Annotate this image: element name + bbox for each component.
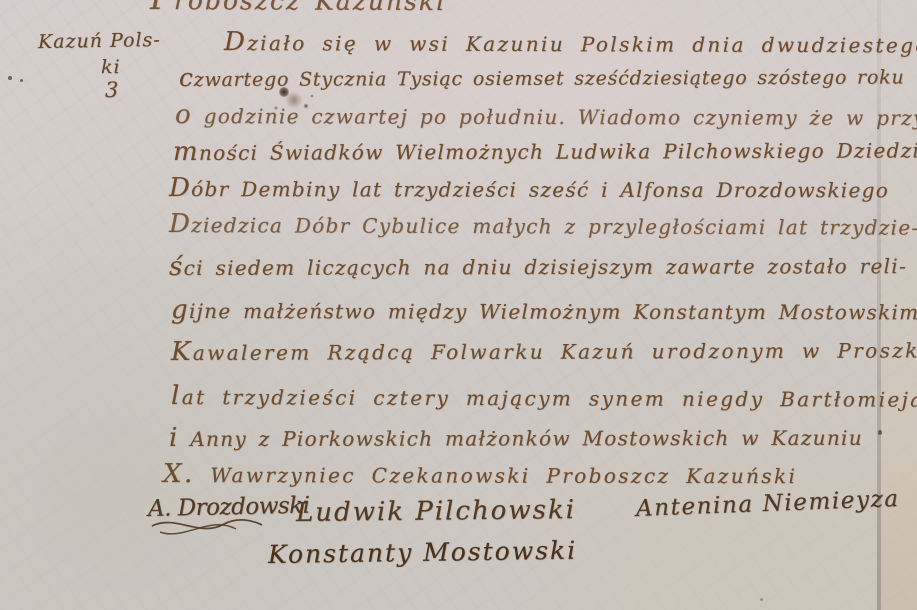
- previous-entry-fragment: Proboszcz Kazuński: [150, 0, 446, 17]
- handwritten-line-6: Dziedzica Dóbr Cybulice małych z przyleg…: [169, 209, 917, 243]
- ink-speck: [878, 430, 882, 435]
- handwritten-line-11: i Anny z Piorkowskich małżonków Mostowsk…: [169, 422, 863, 454]
- handwritten-line-12: X. Wawrzyniec Czekanowski Proboszcz Kazu…: [163, 459, 797, 491]
- signature-niemieyza: Antenina Niemieyza: [636, 486, 901, 522]
- margin-note-place-line2: ki: [101, 56, 121, 78]
- handwritten-line-8: gijne małżeństwo między Wielmożnym Konst…: [171, 295, 917, 327]
- handwritten-line-7: ści siedem liczących na dniu dzisiejszym…: [169, 250, 907, 283]
- signature-pilchowski: Ludwik Pilchowski: [296, 495, 576, 528]
- margin-note-place-line1: Kazuń Pols-: [38, 29, 161, 53]
- register-page-photo: Proboszcz Kazuński Kazuń Pols- ki 3 Dzia…: [0, 0, 917, 610]
- handwritten-line-10: lat trzydzieści cztery mającym synem nie…: [171, 381, 917, 415]
- ink-blot: [268, 82, 318, 118]
- book-binding-edge: [0, 0, 62, 610]
- margin-note-entry-number: 3: [105, 78, 119, 102]
- handwritten-line-1: Działo się w wsi Kazuniu Polskim dnia dw…: [224, 27, 917, 60]
- ink-speck: [8, 76, 12, 80]
- ink-speck: [760, 598, 763, 601]
- ink-speck: [20, 79, 23, 82]
- handwritten-line-4: mności Świadków Wielmożnych Ludwika Pilc…: [173, 134, 917, 168]
- handwritten-line-9: Kawalerem Rządcą Folwarku Kazuń urodzony…: [171, 334, 917, 368]
- signature-mostowski: Konstanty Mostowski: [268, 536, 577, 569]
- handwritten-line-5: Dóbr Dembiny lat trzydzieści sześć i Alf…: [169, 173, 889, 205]
- signature-flourish: [148, 514, 268, 540]
